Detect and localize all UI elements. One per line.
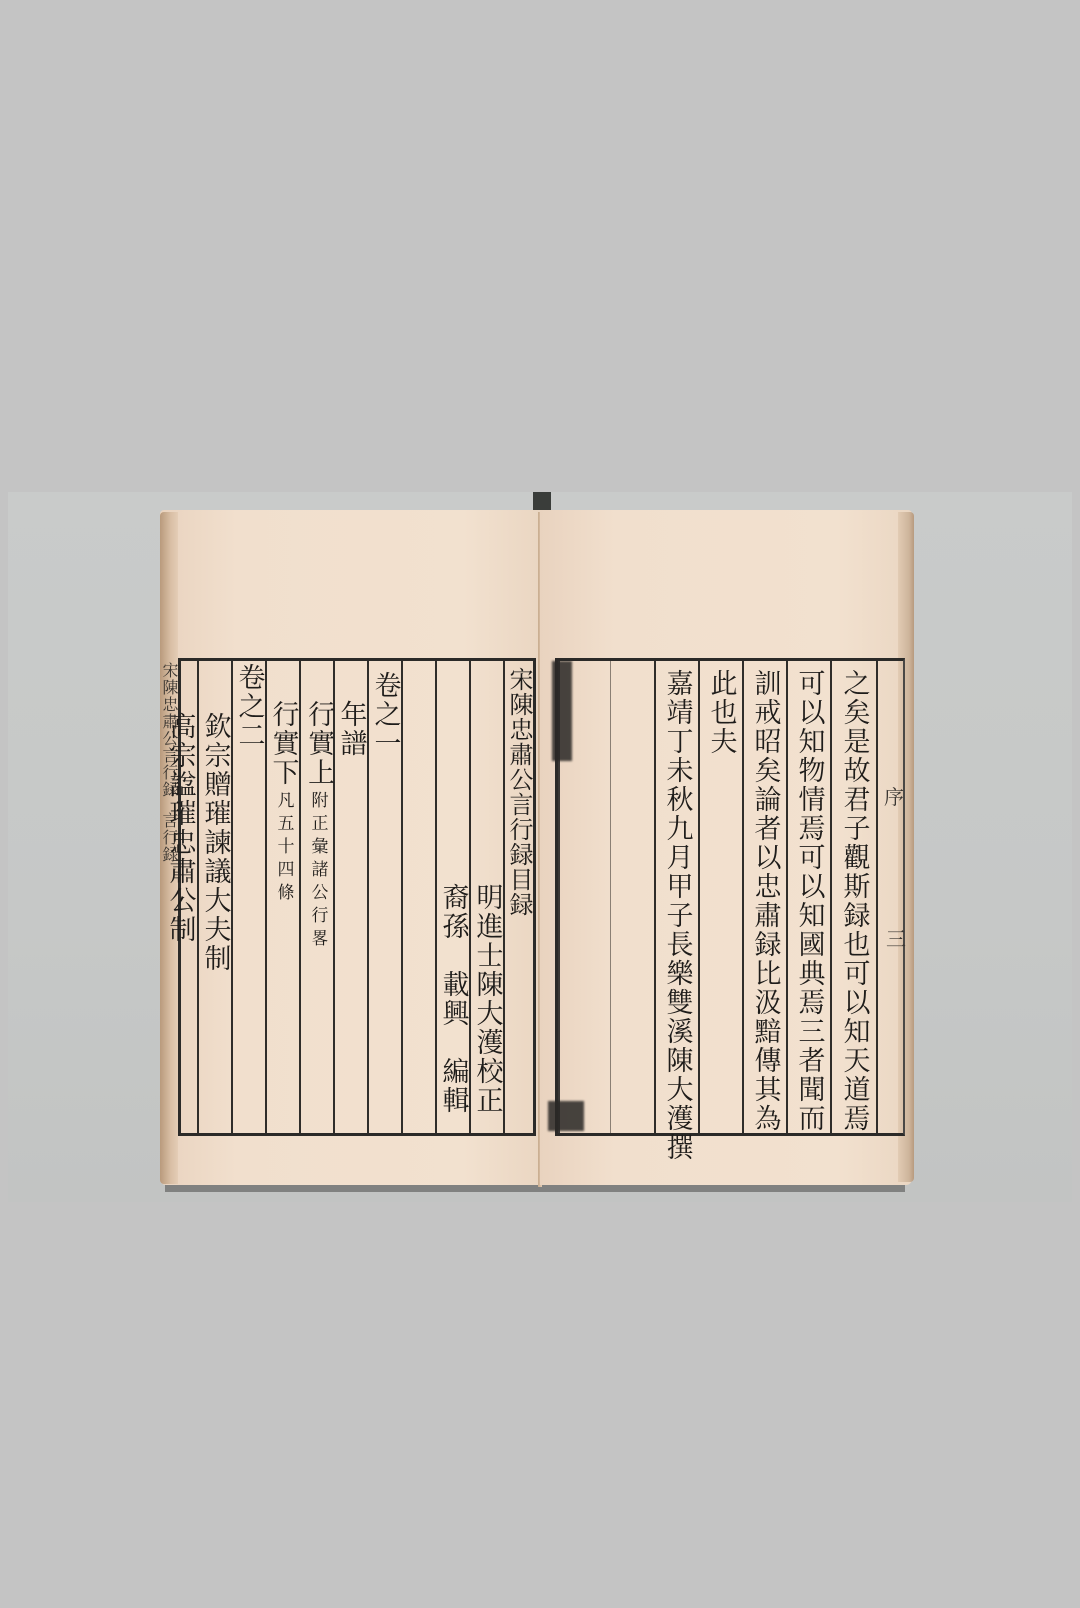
toc-entry-deeds-1-note: 附正彙諸公行畧: [309, 791, 326, 952]
toc-title: 宋陳忠肅公言行録目録: [507, 667, 531, 917]
text-column-3: 訓戒昭矣論者以忠肅録比汲黯傳其為: [742, 661, 786, 1133]
toc-column-8: 卷之二: [231, 661, 265, 1133]
text-column-5: 嘉靖丁未秋九月甲子長樂雙溪陳大濩撰: [654, 661, 698, 1133]
toc-column-6: 行實上 附正彙諸公行畧: [299, 661, 333, 1133]
toc-column-4: 卷之一: [367, 661, 401, 1133]
title-column: 宋陳忠肅公言行録目録: [503, 661, 533, 1133]
toc-column-5: 年譜: [333, 661, 367, 1133]
toc-entry-chronology: 年譜: [338, 671, 365, 758]
right-page-frame: 序 三 之矣是故君子觀斯録也可以知天道焉 可以知物情焉可以知國典焉三者聞而 訓戒…: [555, 658, 905, 1136]
toc-entry-deeds-1: 行實上: [305, 671, 332, 787]
volume-1-heading: 卷之一: [372, 671, 399, 758]
toc-entry-decree-1: 欽宗贈璀諫議大夫制: [202, 683, 229, 973]
preface-signature: 嘉靖丁未秋九月甲子長樂雙溪陳大濩撰: [664, 669, 691, 1162]
preface-line: 此也夫: [708, 669, 735, 756]
toc-column-7: 行實下 凡五十四條: [265, 661, 299, 1133]
volume-2-heading: 卷之二: [236, 663, 263, 750]
preface-line: 可以知物情焉可以知國典焉三者聞而: [796, 669, 823, 1133]
text-column-2: 可以知物情焉可以知國典焉三者聞而: [786, 661, 830, 1133]
ink-smudge-top: [552, 661, 572, 761]
preface-line: 訓戒昭矣論者以忠肅録比汲黯傳其為: [752, 669, 779, 1133]
toc-column-2: 裔孫 載興 編輯: [435, 661, 469, 1133]
toc-entry-decree-2: 高宗諡璀忠肅公制: [167, 683, 194, 944]
text-column-6: [610, 661, 654, 1133]
ink-smudge-bottom: [548, 1101, 584, 1131]
toc-column-9: 欽宗贈璀諫議大夫制: [197, 661, 231, 1133]
editor-credit: 裔孫 載興 編輯: [440, 883, 467, 1115]
preface-line: 之矣是故君子觀斯録也可以知天道焉: [841, 669, 868, 1133]
toc-column-10: 高宗諡璀忠肅公制: [163, 661, 197, 1133]
left-page-frame: 宋陳忠肅公言行録目録 明進士陳大濩校正 裔孫 載興 編輯 卷之一 年譜 行實上 …: [178, 658, 536, 1136]
text-column-4: 此也夫: [698, 661, 742, 1133]
toc-column-3: [401, 661, 435, 1133]
section-label: 序: [884, 781, 904, 810]
toc-entry-deeds-2-note: 凡五十四條: [275, 791, 292, 906]
toc-entry-deeds-2: 行實下: [270, 671, 297, 787]
proofreader-credit: 明進士陳大濩校正: [474, 883, 501, 1115]
text-column-1: 之矣是故君子觀斯録也可以知天道焉: [830, 661, 876, 1133]
margin-strip: 序 三: [876, 661, 904, 1133]
toc-column-1: 明進士陳大濩校正: [469, 661, 503, 1133]
page-number: 三: [886, 923, 906, 952]
